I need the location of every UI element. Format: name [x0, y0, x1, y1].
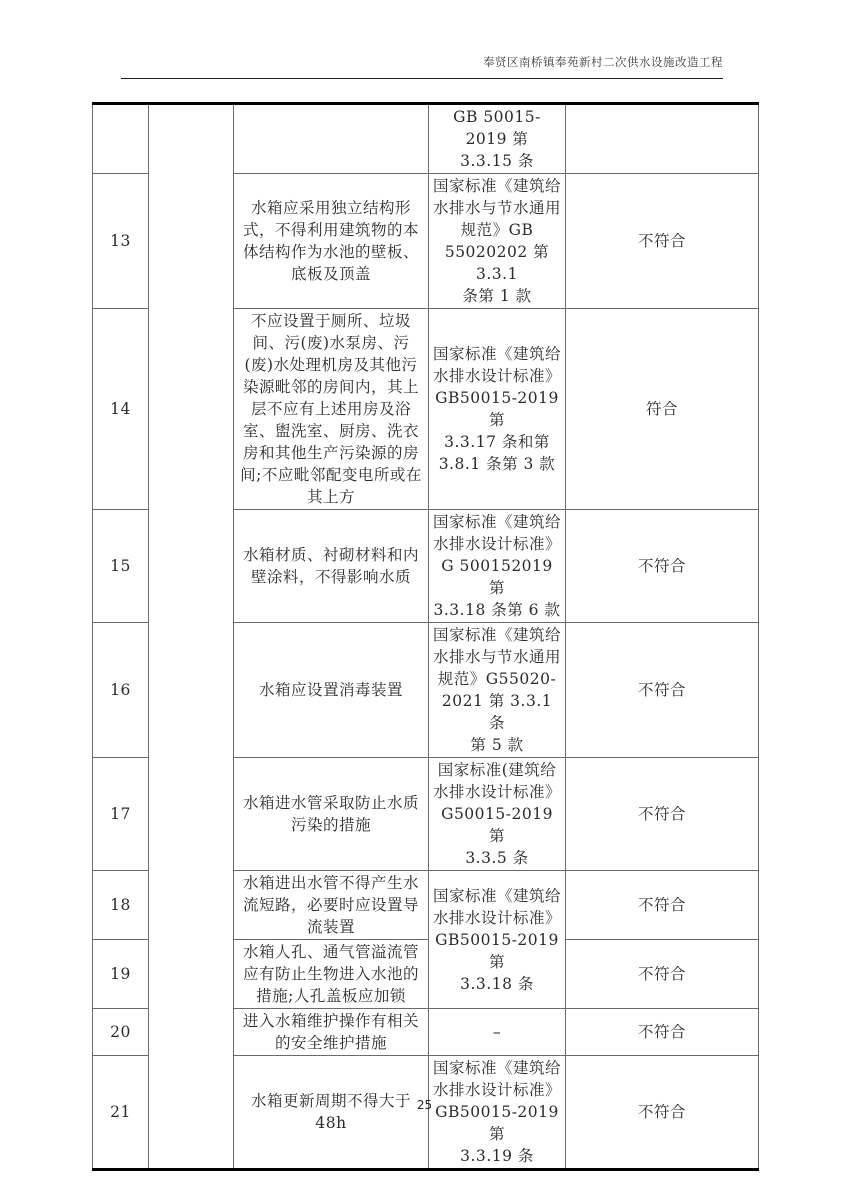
- conclusion-cell: 不符合: [566, 940, 759, 1009]
- requirement-cell: 水箱进出水管不得产生水 流短路，必要时应设置导 流装置: [234, 871, 429, 940]
- row-number-cell: 20: [93, 1009, 149, 1056]
- standard-cell: 国家标准《建筑给 水排水设计标准》 GB50015-2019 第 3.3.17 …: [429, 309, 566, 510]
- row-number-cell: 15: [93, 510, 149, 623]
- conclusion-cell: 不符合: [566, 510, 759, 623]
- requirement-cell: 水箱人孔、通气管溢流管 应有防止生物进入水池的 措施;人孔盖板应加锁: [234, 940, 429, 1009]
- row-number-cell: 19: [93, 940, 149, 1009]
- compliance-table: GB 50015-2019 第 3.3.15 条 13 水箱应采用独立结构形 式…: [92, 102, 759, 1171]
- requirement-cell: 不应设置于厕所、垃圾 间、污(废)水泵房、污 (废)水处理机房及其他污 染源毗邻…: [234, 309, 429, 510]
- standard-cell: 国家标准《建筑给 水排水与节水通用 规范》G55020- 2021 第 3.3.…: [429, 623, 566, 758]
- standard-cell: GB 50015-2019 第 3.3.15 条: [429, 104, 566, 174]
- header-title: 奉贤区南桥镇奉苑新村二次供水设施改造工程: [121, 54, 723, 79]
- document-page: 奉贤区南桥镇奉苑新村二次供水设施改造工程 GB 50015-2019 第 3.3…: [0, 0, 849, 1200]
- standard-cell-merged: 国家标准《建筑给 水排水设计标准》 GB50015-2019 第 3.3.18 …: [429, 871, 566, 1009]
- row-number-cell: 17: [93, 758, 149, 871]
- row-number-cell: 13: [93, 174, 149, 309]
- row-number-cell: 18: [93, 871, 149, 940]
- row-number-cell: 14: [93, 309, 149, 510]
- table-row-continuation: GB 50015-2019 第 3.3.15 条: [93, 104, 759, 174]
- standard-cell: 国家标准(建筑给 水排水设计标准》 G50015-2019 第 3.3.5 条: [429, 758, 566, 871]
- page-number: 25: [0, 1098, 849, 1112]
- conclusion-cell: 不符合: [566, 758, 759, 871]
- conclusion-cell: 符合: [566, 309, 759, 510]
- conclusion-cell: 不符合: [566, 871, 759, 940]
- standard-cell: –: [429, 1009, 566, 1056]
- category-cell: [149, 104, 234, 1170]
- requirement-cell: 水箱进水管采取防止水质 污染的措施: [234, 758, 429, 871]
- standard-cell: 国家标准《建筑给 水排水设计标准》 GB50015-2019 第 3.3.19 …: [429, 1056, 566, 1170]
- requirement-cell: 水箱应采用独立结构形 式，不得利用建筑物的本 体结构作为水池的壁板、 底板及顶盖: [234, 174, 429, 309]
- row-number-cell: [93, 104, 149, 174]
- requirement-cell: 水箱材质、衬砌材料和内 壁涂料，不得影响水质: [234, 510, 429, 623]
- standard-cell: 国家标准《建筑给 水排水设计标准》 G 500152019 第 3.3.18 条…: [429, 510, 566, 623]
- requirement-cell: 水箱更新周期不得大于 48h: [234, 1056, 429, 1170]
- conclusion-cell: 不符合: [566, 1009, 759, 1056]
- row-number-cell: 16: [93, 623, 149, 758]
- standard-cell: 国家标准《建筑给 水排水与节水通用 规范》GB 55020202 第 3.3.1…: [429, 174, 566, 309]
- requirement-cell: 进入水箱维护操作有相关 的安全维护措施: [234, 1009, 429, 1056]
- conclusion-cell: [566, 104, 759, 174]
- conclusion-cell: 不符合: [566, 1056, 759, 1170]
- conclusion-cell: 不符合: [566, 623, 759, 758]
- requirement-cell: 水箱应设置消毒装置: [234, 623, 429, 758]
- row-number-cell: 21: [93, 1056, 149, 1170]
- conclusion-cell: 不符合: [566, 174, 759, 309]
- requirement-cell: [234, 104, 429, 174]
